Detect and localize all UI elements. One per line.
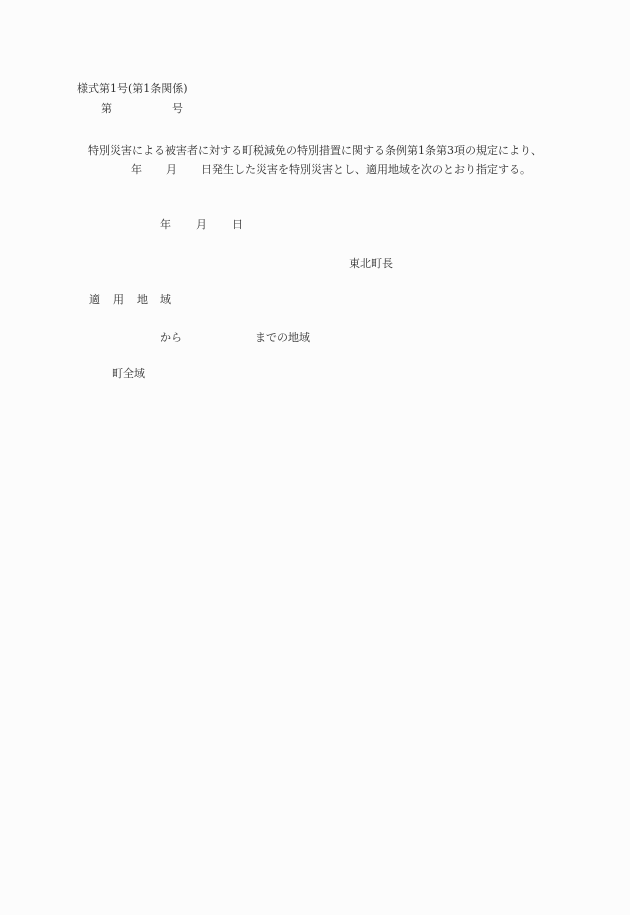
issuer-name: 東北町長 bbox=[349, 258, 393, 269]
number-suffix: 号 bbox=[172, 103, 183, 114]
section-heading-char-4: 域 bbox=[160, 294, 171, 305]
range-to: までの地域 bbox=[255, 332, 310, 343]
section-heading-char-2: 用 bbox=[113, 294, 124, 305]
section-heading-char-1: 適 bbox=[89, 294, 100, 305]
section-heading-char-3: 地 bbox=[137, 294, 148, 305]
body-paragraph: 特別災害による被害者に対する町税減免の特別措置に関する条例第1条第3項の規定によ… bbox=[77, 141, 551, 179]
form-title: 様式第1号(第1条関係) bbox=[77, 83, 188, 94]
document-page: 様式第1号(第1条関係) 第 号 特別災害による被害者に対する町税減免の特別措置… bbox=[0, 0, 630, 915]
body-month: 月 bbox=[166, 163, 177, 176]
whole-town: 町全域 bbox=[112, 368, 145, 379]
body-part2: 日発生した災害を特別災害とし、適用地域を次のとおり指定する。 bbox=[201, 163, 531, 176]
range-from: から bbox=[160, 332, 182, 343]
date-month: 月 bbox=[196, 219, 207, 230]
body-part1: 特別災害による被害者に対する町税減免の特別措置に関する条例第1条第3項の規定によ… bbox=[88, 144, 542, 157]
body-year: 年 bbox=[131, 163, 142, 176]
date-day: 日 bbox=[232, 219, 243, 230]
number-prefix: 第 bbox=[101, 103, 112, 114]
date-year: 年 bbox=[160, 219, 171, 230]
